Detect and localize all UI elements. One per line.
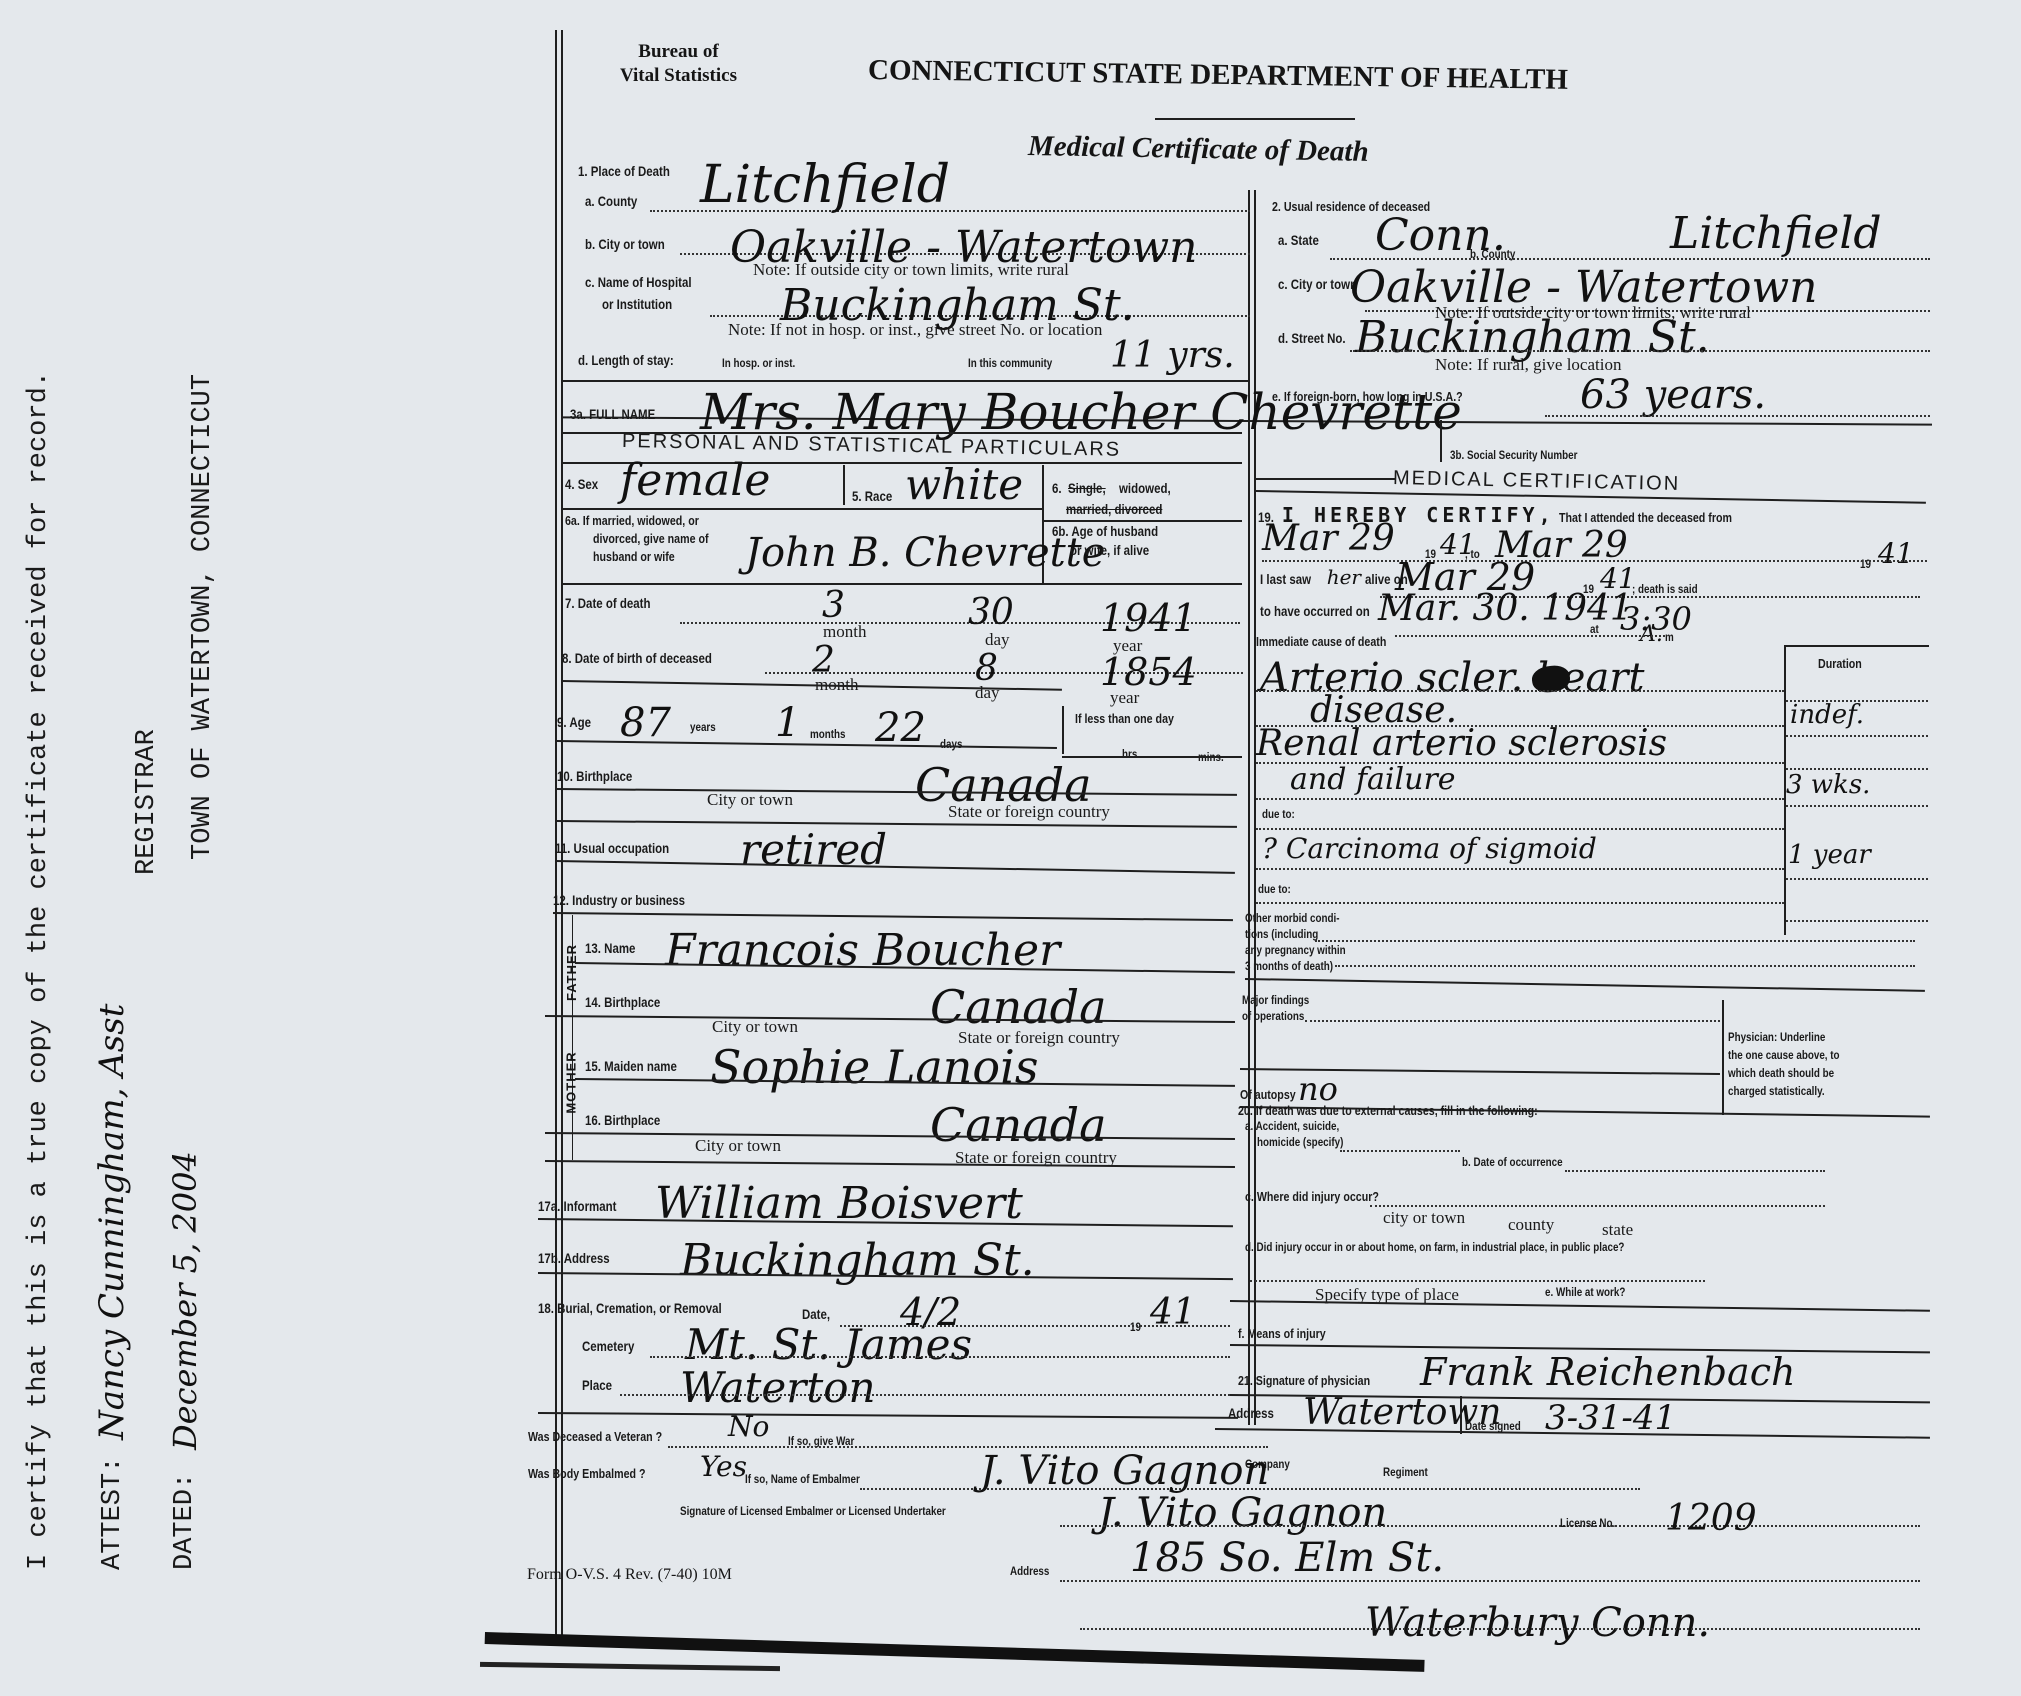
external-a-label-2: homicide (specify) <box>1257 1135 1343 1150</box>
months-caption: months <box>810 727 846 741</box>
embalmed-label: Was Body Embalmed ? <box>528 1466 645 1481</box>
mother-name-label: 15. Maiden name <box>585 1058 677 1074</box>
race-label: 5. Race <box>852 488 892 504</box>
stay-label: d. Length of stay: <box>578 352 674 368</box>
place-label: Place <box>582 1377 612 1393</box>
sex-label: 4. Sex <box>565 476 598 492</box>
death-month-caption: month <box>823 622 866 642</box>
birthplace-state-caption: State or foreign country <box>948 802 1110 822</box>
duration-top <box>1784 645 1929 647</box>
duration-dotted-6 <box>1786 920 1928 922</box>
sex-value: female <box>620 455 770 506</box>
embalmer-value: J. Vito Gagnon <box>980 1448 1269 1494</box>
form-left-border-inner <box>561 30 563 1645</box>
birth-year-caption: year <box>1110 688 1139 708</box>
registrar-title: REGISTRAR <box>132 729 162 875</box>
certificate-title: Medical Certificate of Death <box>1028 130 1369 169</box>
rule-medical-left <box>1256 478 1396 480</box>
spouse-label-2: divorced, give name of <box>593 530 709 548</box>
birth-date-label: 8. Date of birth of deceased <box>562 650 712 666</box>
other-morbid-l2: tions (including <box>1245 927 1318 942</box>
dated-value: December 5, 2004 <box>166 1151 204 1450</box>
res-street-label: d. Street No. <box>1278 330 1346 346</box>
attended-from-date: Mar 29 <box>1262 518 1395 559</box>
external-a-label-1: a. Accident, suicide, <box>1245 1119 1339 1134</box>
birthplace-city-caption: City or town <box>707 790 793 810</box>
rule-mother-birthplace <box>545 1132 1235 1140</box>
embalmed-value: Yes <box>700 1450 747 1483</box>
physician-note-divider <box>1722 1000 1724 1115</box>
duration-dotted-2 <box>1786 735 1928 737</box>
age-label: 9. Age <box>557 714 591 730</box>
birthplace-label: 10. Birthplace <box>557 768 632 784</box>
cemetery-value: Mt. St. James <box>685 1320 972 1369</box>
external-c-dotted <box>1370 1205 1825 1207</box>
industry-label: 12. Industry or business <box>553 892 685 908</box>
duration-label: Duration <box>1818 656 1862 671</box>
other-morbid-l3: any pregnancy within <box>1245 943 1346 958</box>
attest-label: ATTEST: <box>98 1457 128 1570</box>
external-f-label: f. Means of injury <box>1238 1326 1326 1341</box>
medical-heading: MEDICAL CERTIFICATION <box>1393 467 1681 496</box>
age-months: 1 <box>775 700 800 746</box>
veteran-label: Was Deceased a Veteran ? <box>528 1429 662 1444</box>
mother-side-label: MOTHER <box>564 1051 579 1113</box>
at-label: at <box>1590 622 1599 636</box>
external-d-dotted <box>1250 1280 1705 1282</box>
lessday-label: If less than one day <box>1075 711 1174 726</box>
cause-line-4: and failure <box>1290 762 1456 797</box>
town-name: TOWN OF WATERTOWN, CONNECTICUT <box>188 374 218 860</box>
footer-address-label: Address <box>1010 1564 1049 1578</box>
res-foreign-dotted <box>1545 415 1930 417</box>
place-of-death-heading: 1. Place of Death <box>578 163 670 179</box>
mother-birthplace-label: 16. Birthplace <box>585 1112 660 1128</box>
footer-address-1: 185 So. Elm St. <box>1130 1535 1444 1581</box>
ssn-divider <box>1440 420 1442 462</box>
death-day-caption: day <box>985 630 1010 650</box>
external-c-label: c. Where did injury occur? <box>1245 1189 1379 1204</box>
father-birthplace-value: Canada <box>930 980 1107 1034</box>
veteran-value: No <box>728 1410 769 1443</box>
mother-name-value: Sophie Lanois <box>710 1040 1038 1094</box>
cemetery-label: Cemetery <box>582 1338 634 1354</box>
burial-year-prefix: 19 <box>1130 1320 1141 1334</box>
res-foreign-value: 63 years. <box>1580 372 1766 418</box>
occurred-dotted <box>1395 635 1665 637</box>
license-value: 1209 <box>1665 1498 1757 1539</box>
spouse-label-1: 6a. If married, widowed, or <box>565 512 699 530</box>
rule-birthplace <box>557 788 1237 796</box>
footer-address-dotted-2 <box>1080 1628 1920 1630</box>
marital-num: 6. <box>1052 478 1062 498</box>
attest-signature: Nancy Cunningham, Asst <box>92 1004 132 1440</box>
occurred-label: to have occurred on <box>1260 603 1370 619</box>
rule-birthplace-2 <box>557 820 1237 828</box>
spouse-age-label-2: or wife, if alive <box>1070 541 1149 560</box>
rule-parents-bottom <box>545 1160 1235 1168</box>
major-findings-l1: Major findings <box>1242 992 1309 1008</box>
other-morbid-dotted-1 <box>1315 940 1915 942</box>
cause-duration-4: 3 wks. <box>1786 770 1870 800</box>
external-e-label: e. While at work? <box>1545 1285 1625 1299</box>
regiment-label: Regiment <box>1383 1465 1428 1479</box>
death-month: 3 <box>822 585 845 626</box>
external-b-label: b. Date of occurrence <box>1462 1155 1563 1169</box>
spouse-age-label-1: 6b. Age of husband <box>1052 522 1158 541</box>
due-to-dotted-1 <box>1256 828 1784 830</box>
county-label: a. County <box>585 193 637 209</box>
days-caption: days <box>940 737 962 751</box>
hospital-label-1: c. Name of Hospital <box>585 274 692 290</box>
duration-dotted-5 <box>1786 878 1928 880</box>
external-b-dotted <box>1565 1170 1825 1172</box>
header-rule <box>1155 118 1355 120</box>
license-label: License No. <box>1560 1516 1615 1530</box>
bottom-dark-edge-2 <box>480 1662 780 1671</box>
rule-sex <box>562 508 1042 510</box>
spouse-label-3: husband or wife <box>593 548 675 566</box>
ssn-label: 3b. Social Security Number <box>1450 448 1577 462</box>
age-years: 87 <box>620 700 671 746</box>
marital-widowed: widowed, <box>1119 478 1171 498</box>
autopsy-label: Of autopsy <box>1240 1087 1296 1102</box>
cause-duration-2: indef. <box>1790 700 1864 730</box>
external-county-caption: county <box>1508 1215 1554 1235</box>
marital-single: Single, <box>1068 478 1106 498</box>
death-year: 1941 <box>1100 596 1197 640</box>
last-saw-label: I last saw <box>1260 571 1311 587</box>
death-day: 30 <box>968 592 1014 633</box>
res-street-dotted <box>1350 350 1930 352</box>
marital-married-divorced: married, divorced <box>1066 499 1162 519</box>
external-state-caption: state <box>1602 1220 1633 1240</box>
physician-note-l3: which death should be <box>1728 1064 1834 1082</box>
major-findings-l2: of operations <box>1242 1008 1304 1024</box>
due-to-dotted-2 <box>1256 902 1784 904</box>
res-city-label: c. City or town <box>1278 276 1357 292</box>
full-name-label: 3a. FULL NAME <box>570 406 655 422</box>
city-note: Note: If outside city or town limits, wr… <box>753 260 1069 280</box>
duration-dotted-4 <box>1786 805 1928 807</box>
dated-label: DATED: <box>170 1473 200 1570</box>
immediate-cause-label: Immediate cause of death <box>1256 634 1386 649</box>
lessday-divider <box>1062 706 1064 754</box>
bureau-line-1: Bureau of <box>620 40 737 64</box>
physician-note-l1: Physician: Underline <box>1728 1028 1825 1046</box>
footer-address-2: Waterbury Conn. <box>1365 1600 1710 1646</box>
res-county-value: Litchfield <box>1670 208 1882 259</box>
due-to-label-2: due to: <box>1258 882 1291 896</box>
rule-industry <box>553 912 1233 921</box>
informant-address-value: Buckingham St. <box>680 1235 1035 1286</box>
sex-divider <box>843 465 845 505</box>
rule-father-birthplace <box>545 1015 1235 1023</box>
death-county-value: Litchfield <box>700 155 950 215</box>
occupation-label: 11. Usual occupation <box>555 840 669 856</box>
stay-community-value: 11 yrs. <box>1110 335 1235 376</box>
rule-burial-bottom <box>538 1412 1238 1419</box>
other-morbid-l1: Other morbid condi- <box>1245 911 1340 926</box>
mother-city-caption: City or town <box>695 1136 781 1156</box>
external-d-label: d. Did injury occur in or about home, on… <box>1245 1240 1624 1254</box>
physician-date-divider <box>1460 1396 1462 1434</box>
place-dotted <box>620 1394 1230 1396</box>
form-left-border <box>555 30 557 1645</box>
major-findings-dotted <box>1305 1020 1720 1022</box>
external-a-dotted <box>1340 1150 1460 1152</box>
last-saw-pronoun: her <box>1327 565 1361 589</box>
stay-hosp-label: In hosp. or inst. <box>722 356 795 370</box>
rule-1d <box>562 380 1250 382</box>
bureau-line-2: Vital Statistics <box>620 64 737 88</box>
due-to-value-1: ? Carcinoma of sigmoid <box>1262 832 1597 865</box>
undertaker-dotted <box>1060 1525 1920 1527</box>
due-to-duration-1: 1 year <box>1788 840 1871 870</box>
birth-day-caption: day <box>975 683 1000 703</box>
res-state-label: a. State <box>1278 232 1319 248</box>
undertaker-value: J. Vito Gagnon <box>1098 1490 1387 1536</box>
cause-dotted-4 <box>1256 798 1784 800</box>
father-name-label: 13. Name <box>585 940 635 956</box>
external-city-caption: city or town <box>1383 1208 1465 1228</box>
burial-label: 18. Burial, Cremation, or Removal <box>538 1300 722 1316</box>
due-to-dotted-1b <box>1256 868 1784 870</box>
undertaker-label: Signature of Licensed Embalmer or Licens… <box>680 1504 946 1518</box>
cause-line-3: Renal arterio sclerosis <box>1256 723 1667 764</box>
physician-sig-label: 21. Signature of physician <box>1238 1373 1370 1388</box>
father-side-label: FATHER <box>564 944 579 1001</box>
years-caption: years <box>690 720 716 734</box>
rule-other-morbid <box>1245 978 1925 992</box>
physician-note-l4: charged statistically. <box>1728 1082 1825 1100</box>
form-id: Form O-V.S. 4 Rev. (7-40) 10M <box>527 1566 732 1584</box>
hospital-label-2: or Institution <box>602 296 672 312</box>
other-morbid-dotted-2 <box>1335 965 1915 967</box>
hospital-note: Note: If not in hosp. or inst., give str… <box>728 320 1102 340</box>
footer-address-dotted <box>1060 1580 1920 1582</box>
due-to-label-1: due to: <box>1262 807 1295 821</box>
physician-note-l2: the one cause above, to <box>1728 1046 1840 1064</box>
informant-address-label: 17b. Address <box>538 1250 610 1266</box>
informant-label: 17a. Informant <box>538 1198 616 1214</box>
other-morbid-l4: 3 months of death) <box>1245 959 1333 974</box>
mother-birthplace-value: Canada <box>930 1098 1107 1152</box>
death-said-label: ; death is said <box>1632 582 1698 596</box>
certification-statement: I certify that this is a true copy of th… <box>24 371 54 1570</box>
rule-spouse <box>562 583 1242 585</box>
attended-to-year: 41 <box>1878 537 1914 570</box>
stay-community-label: In this community <box>968 356 1052 370</box>
race-value: white <box>905 460 1023 509</box>
m-label: m <box>1665 630 1674 644</box>
father-city-caption: City or town <box>712 1017 798 1037</box>
attended-dotted <box>1262 560 1927 562</box>
place-value: Waterton <box>680 1363 876 1412</box>
hrs-caption: hrs. <box>1122 747 1140 761</box>
external-heading: 20. If death was due to external causes,… <box>1238 1103 1538 1118</box>
cemetery-dotted <box>650 1356 1230 1358</box>
father-birthplace-label: 14. Birthplace <box>585 994 660 1010</box>
department-title: CONNECTICUT STATE DEPARTMENT OF HEALTH <box>868 54 1568 97</box>
certify-rest: That I attended the deceased from <box>1559 510 1732 525</box>
rule-external-d <box>1230 1300 1930 1312</box>
physician-signature: Frank Reichenbach <box>1420 1350 1795 1394</box>
death-date-label: 7. Date of death <box>565 595 650 611</box>
res-state-dotted <box>1330 258 1930 260</box>
rule-occupation <box>555 860 1235 874</box>
physician-address-label: Address <box>1228 1405 1274 1421</box>
city-label: b. City or town <box>585 236 665 252</box>
embalmer-label: If so, Name of Embalmer <box>745 1472 860 1486</box>
